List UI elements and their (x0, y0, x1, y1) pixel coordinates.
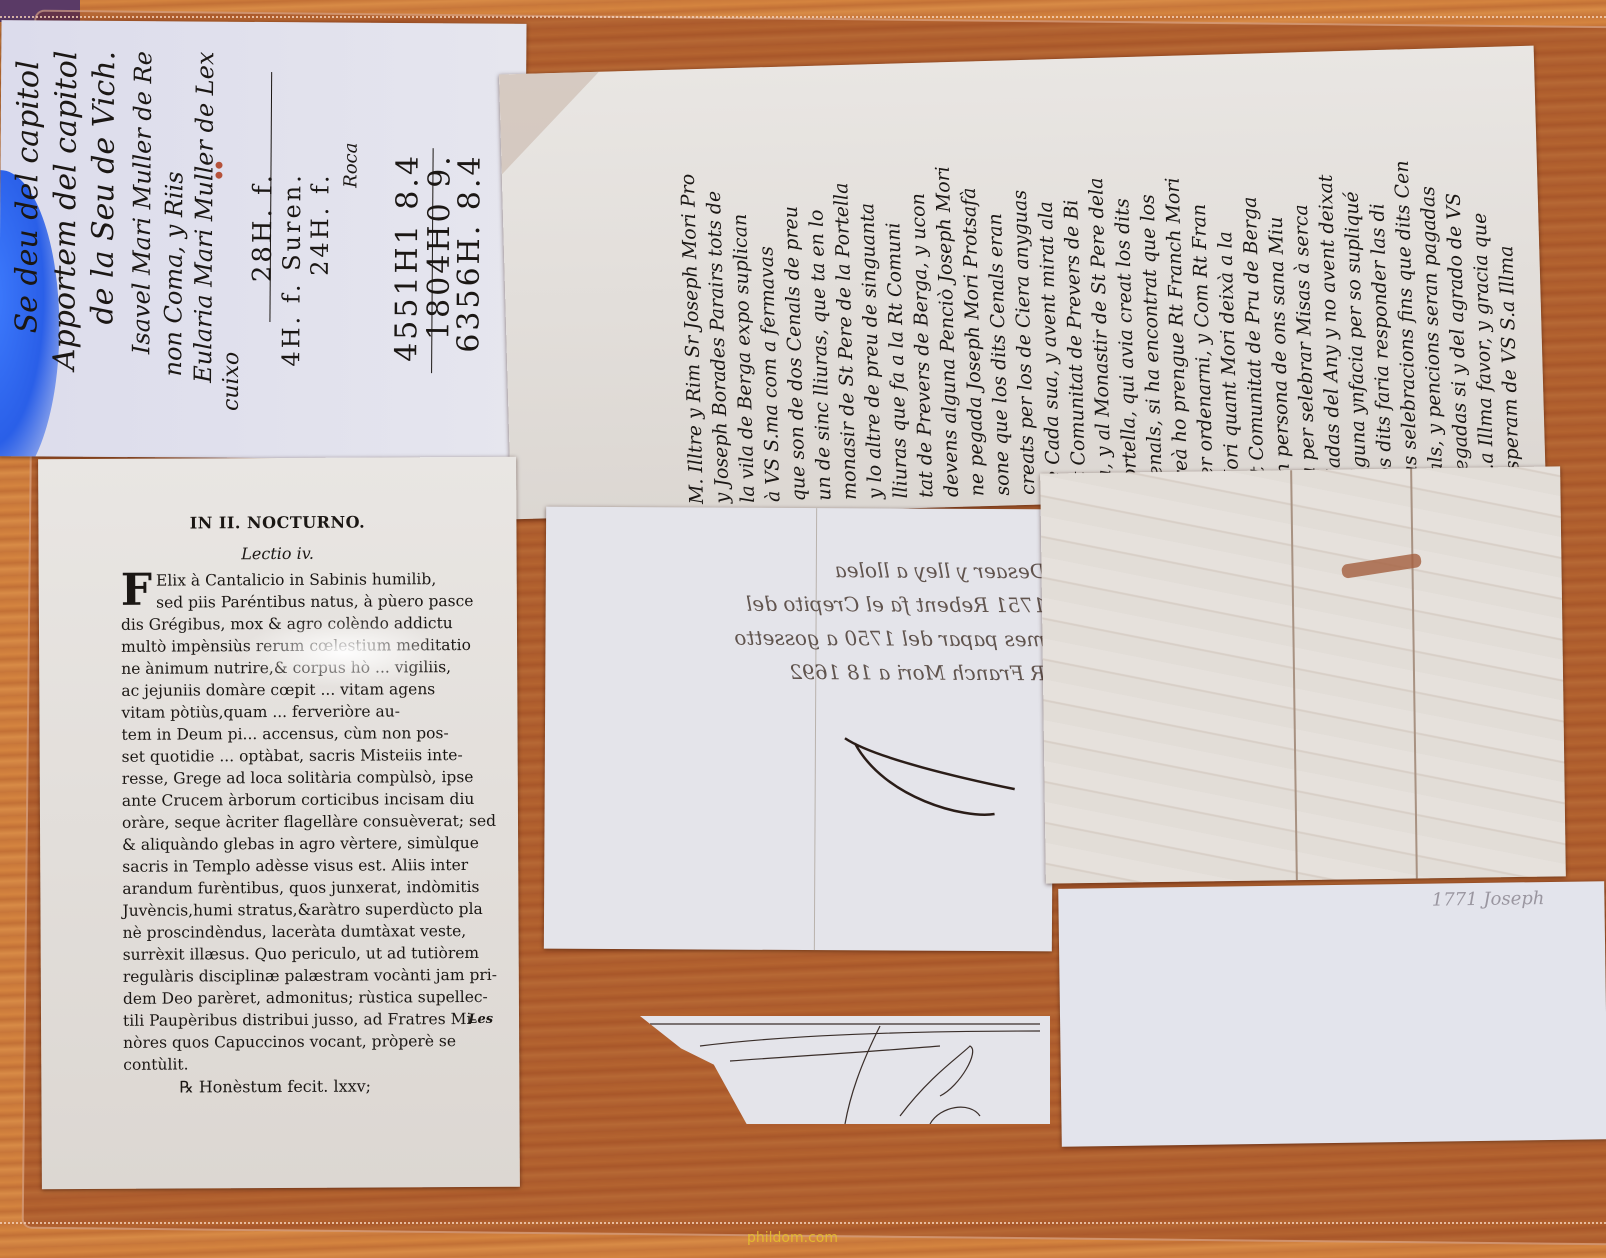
ledger-line: non Coma, y Riis (159, 171, 188, 376)
lectio-line: surrèxit illæsus. Quo periculo, ut ad tu… (123, 942, 501, 966)
lectio-label: Lectio iv. (39, 543, 517, 565)
lectio-line: Elix à Cantalicio in Sabinis humilib, (121, 568, 499, 592)
ledger-line: Apportem del capitol (47, 51, 84, 371)
lectio-line: contùlit. (123, 1052, 501, 1076)
sum-row: 6356H. 8.4 (451, 153, 487, 353)
printed-breviary-leaf: IN II. NOCTURNO. Lectio iv. F Elix à Can… (38, 457, 520, 1189)
red-dots (215, 162, 222, 182)
ledger-line: Isavel Mari Muller de Re (127, 51, 157, 354)
catchword: Les (468, 1012, 493, 1027)
ledger-line: cuixo (219, 352, 244, 411)
lectio-line: & aliquàndo glebas in agro vèrtere, simù… (122, 832, 500, 856)
lectio-line: resse, Grege ad loca solitària compùlsò,… (122, 766, 500, 790)
lectio-line: tili Paupèribus distribui jusso, ad Frat… (123, 1008, 501, 1032)
sub-row: 24H. f. (306, 172, 335, 276)
sleeve-stitch-top (0, 16, 1606, 21)
lectio-line: vitam pòtiùs,quam ... ferveriòre au- (121, 700, 499, 724)
stained-fragment (1040, 466, 1566, 883)
sub-label: Roca (340, 143, 361, 188)
receipt-fragment: Desaer y lley a llolea 1751 Rebent fa el… (544, 507, 1054, 952)
lectio-line: dem Deo parèret, admonitus; rùstica supe… (123, 986, 501, 1010)
lectio-line: tem in Deum pi... accensus, cùm non pos- (121, 722, 499, 746)
folded-corner (499, 72, 602, 175)
sub-row: 4H. f. Suren. (277, 172, 306, 367)
lectio-line: sacris in Templo adèsse visus est. Aliis… (122, 854, 500, 878)
drop-cap: F (121, 572, 152, 610)
lectio-line: oràre, seque àcriter flagellàre consuève… (122, 810, 500, 834)
sum-total: 4551H1 8.4 (389, 153, 425, 362)
lectio-line: arandum furèntibus, quos junxerat, indòm… (122, 876, 500, 900)
lectio-line: nòres quos Capuccinos vocant, pròperè se (123, 1030, 501, 1054)
sleeve-stitch-bottom (0, 1222, 1606, 1227)
ledger-line: Eularia Mari Muller de Lex (189, 51, 219, 382)
light-reflection (239, 617, 449, 688)
lectio-line: ante Crucem àrborum corticibus incisam d… (122, 788, 500, 812)
sub-total: 28H. f. (248, 172, 279, 282)
lectio-line: nè proscindèndus, laceràta dumtàxat vest… (123, 920, 501, 944)
lectio-line: Juvèncis,humi stratus,&aràtro superdùcto… (122, 898, 500, 922)
ledger-document: Se deu del capitol Apportem del capitol … (0, 20, 527, 460)
watermark: phildom.com (747, 1230, 838, 1246)
lectio-line: sed piis Paréntibus natus, à pùero pasce (121, 590, 499, 614)
ledger-line: de la Seu de Vich. (85, 51, 122, 325)
ink-stain (1341, 553, 1422, 579)
ledger-line: Se deu del capitol (9, 60, 46, 333)
letter-text: M. Illtre y Rim Sr Joseph Mori Proy Jose… (673, 56, 1526, 504)
signature-flourish-icon (544, 507, 1054, 952)
responsory: ℞ Honèstum fecit. lxxv; (179, 1076, 519, 1097)
fold-line (1290, 470, 1298, 880)
section-heading: IN II. NOCTURNO. (38, 512, 516, 534)
faint-text: 1771 Joseph (1432, 888, 1545, 911)
blank-fragment: 1771 Joseph (1058, 881, 1606, 1147)
fold-line (1410, 468, 1418, 878)
lectio-line: regulàris disciplinæ palæstram vocànti j… (123, 964, 501, 988)
petition-letter: M. Illtre y Rim Sr Joseph Mori Proy Jose… (499, 46, 1546, 520)
lectio-line: set quotidie ... optàbat, sacris Misteii… (122, 744, 500, 768)
